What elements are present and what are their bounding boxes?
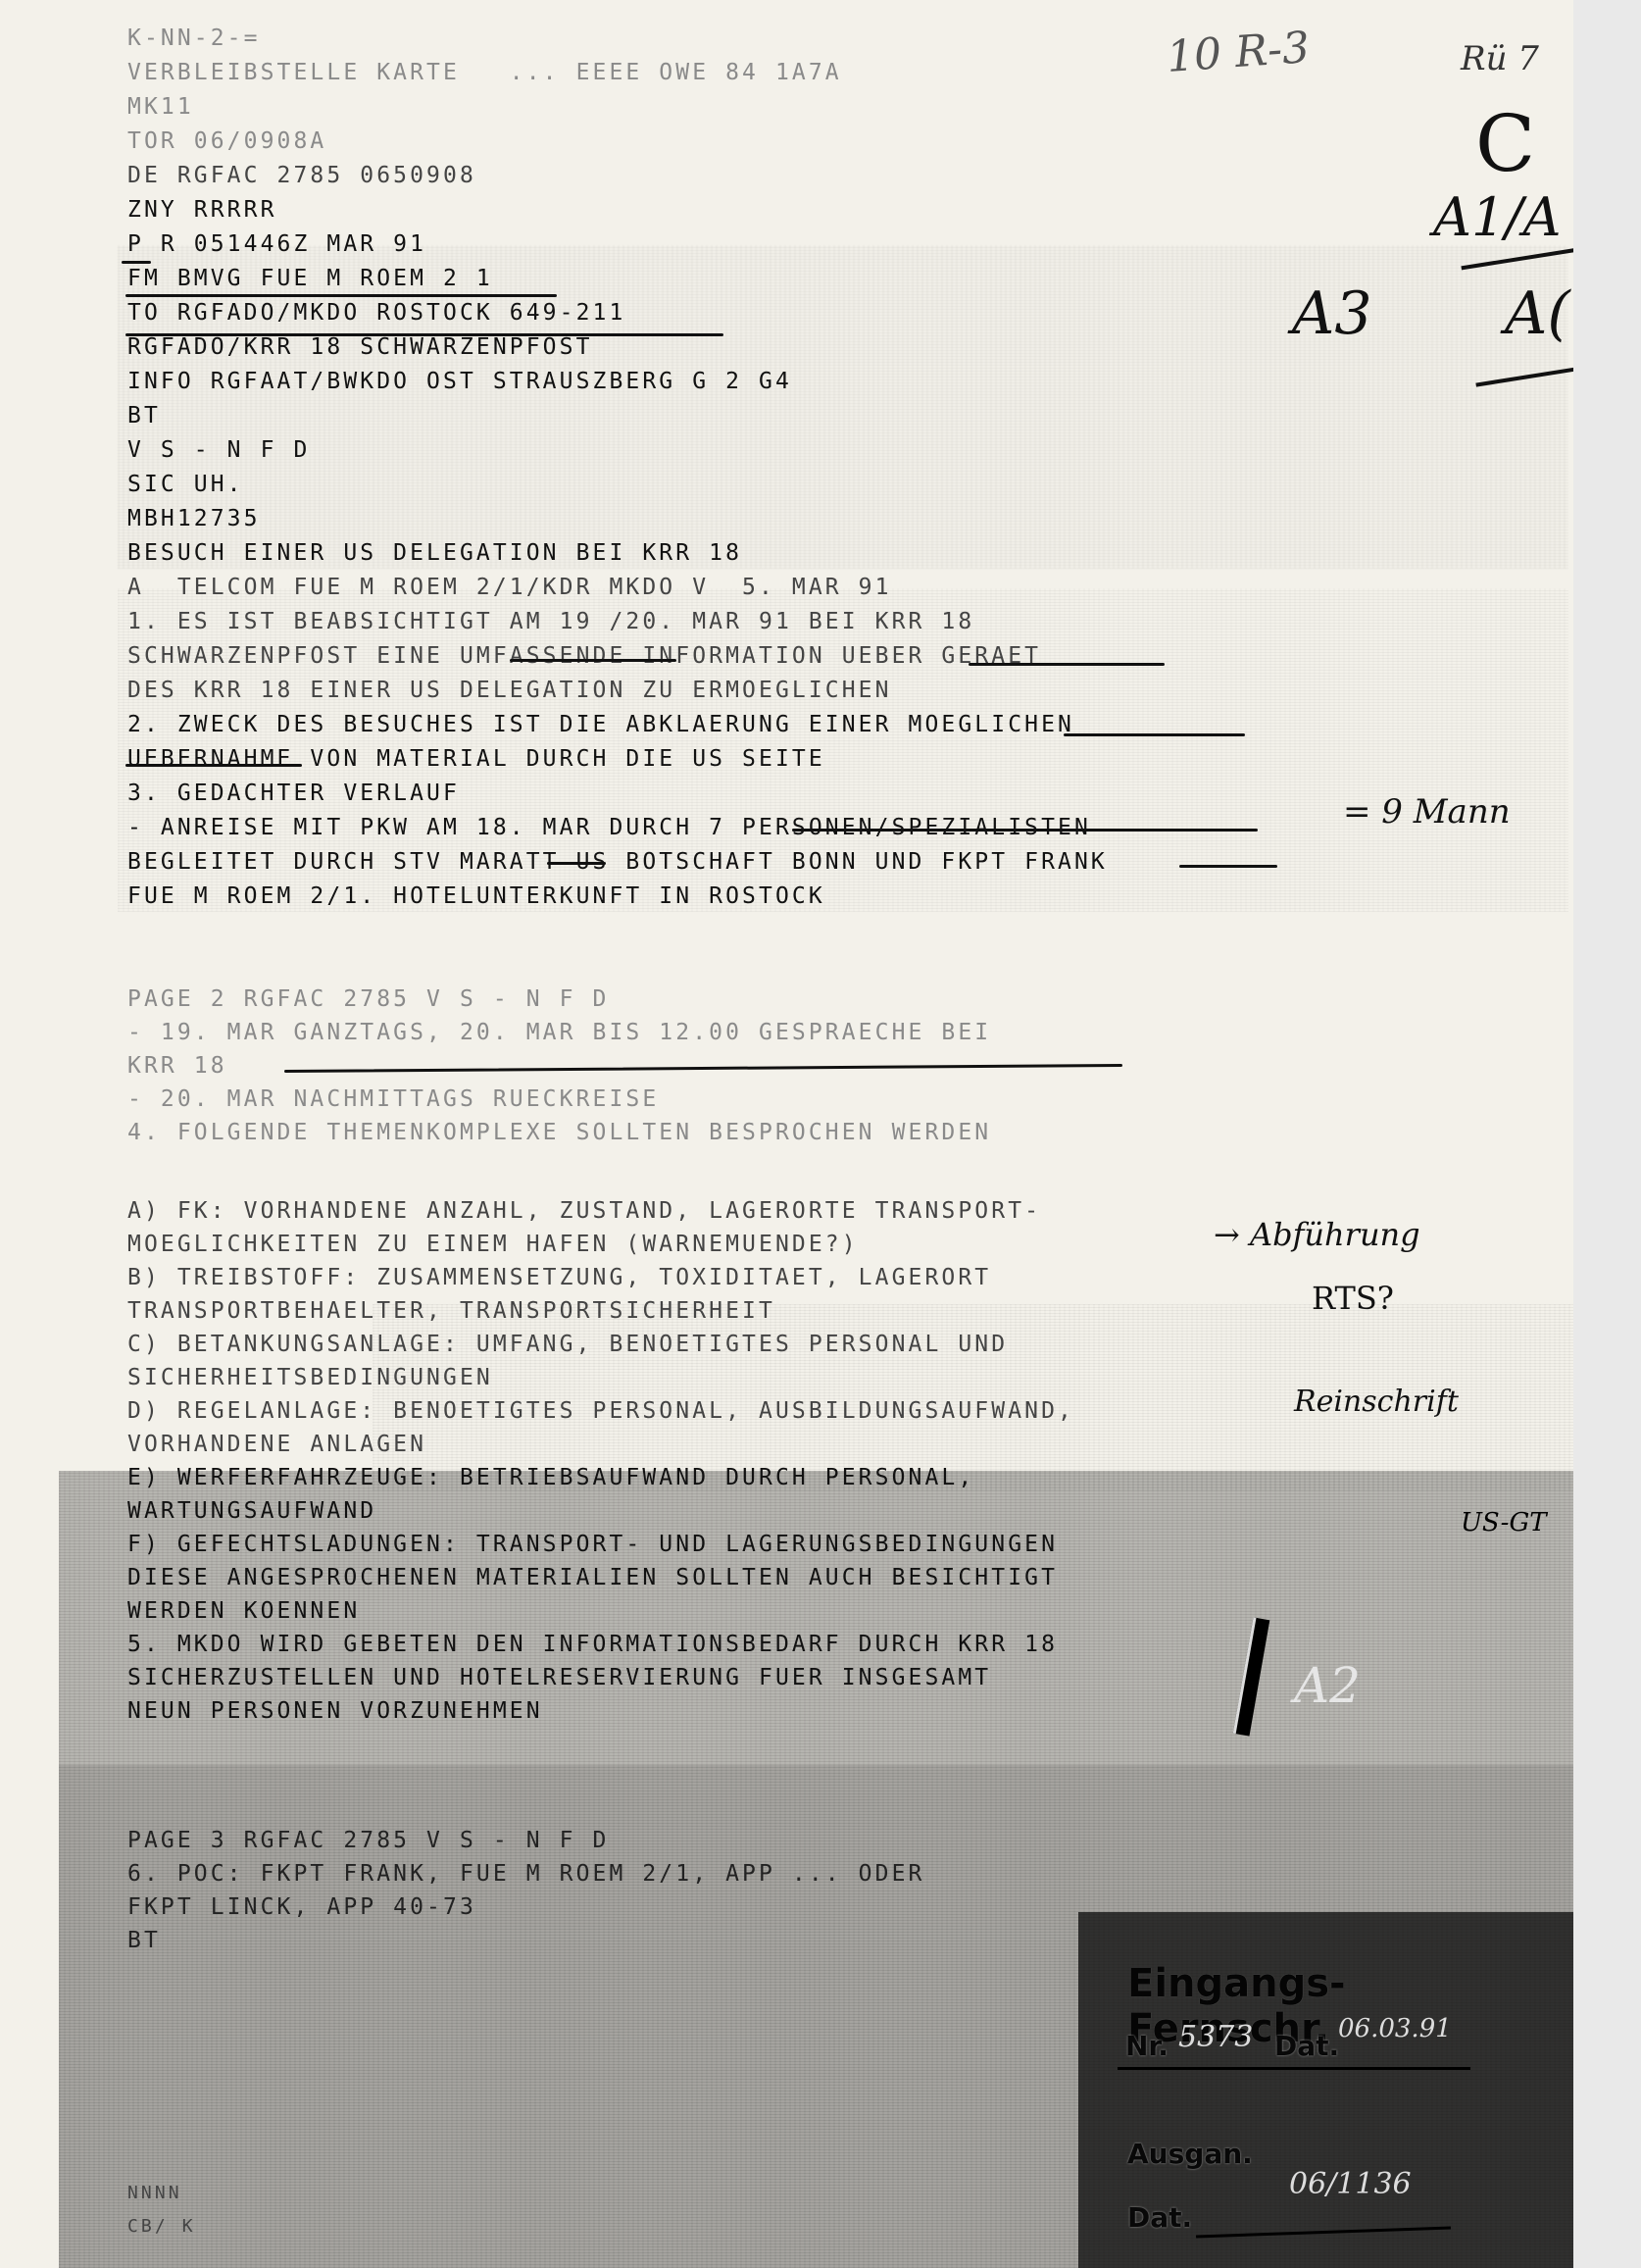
telex-footer: NNNNCB/ K	[127, 2177, 196, 2243]
handwritten-strike	[1461, 248, 1573, 271]
telex-line: 3. GEDACHTER VERLAUF	[127, 777, 1108, 811]
telex-line: V S - N F D	[127, 433, 1108, 468]
stamp-dat-label: Dat.	[1127, 2201, 1192, 2234]
telex-line: INFO RGFAAT/BWKDO OST STRAUSZBERG G 2 G4	[127, 365, 1108, 399]
telex-line: DES KRR 18 EINER US DELEGATION ZU ERMOEG…	[127, 674, 1108, 708]
telex-line: 1. ES IST BEABSICHTIGT AM 19 /20. MAR 91…	[127, 605, 1108, 639]
telex-page-3: PAGE 3 RGFAC 2785 V S - N F D6. POC: FKP…	[127, 1824, 924, 1957]
stamp-date-label: Dat.	[1274, 2030, 1339, 2062]
telex-line: NNNN	[127, 2177, 196, 2210]
handwritten-routing-a-partial: A(	[1505, 279, 1570, 348]
handwritten-note-reinschrift: Reinschrift	[1294, 1385, 1459, 1419]
telex-line: TRANSPORTBEHAELTER, TRANSPORTSICHERHEIT	[127, 1294, 1074, 1328]
handwritten-routing-a3: A3	[1292, 279, 1372, 348]
telex-line: A) FK: VORHANDENE ANZAHL, ZUSTAND, LAGER…	[127, 1194, 1074, 1228]
telex-line: BT	[127, 399, 1108, 433]
underline-mark	[1064, 733, 1245, 736]
telex-line: 2. ZWECK DES BESUCHES IST DIE ABKLAERUNG…	[127, 708, 1108, 742]
telex-line: FUE M ROEM 2/1. HOTELUNTERKUNFT IN ROSTO…	[127, 880, 1108, 914]
telex-line: VERBLEIBSTELLE KARTE ... EEEE OWE 84 1A7…	[127, 56, 1108, 90]
telex-line: BESUCH EINER US DELEGATION BEI KRR 18	[127, 536, 1108, 571]
stamp-rule	[1196, 2226, 1451, 2238]
underline-mark	[125, 764, 302, 767]
telex-line: 5. MKDO WIRD GEBETEN DEN INFORMATIONSBED…	[127, 1628, 1074, 1661]
telex-line: F) GEFECHTSLADUNGEN: TRANSPORT- UND LAGE…	[127, 1528, 1074, 1561]
telex-line: A TELCOM FUE M ROEM 2/1/KDR MKDO V 5. MA…	[127, 571, 1108, 605]
telex-line: - 19. MAR GANZTAGS, 20. MAR BIS 12.00 GE…	[127, 1016, 991, 1049]
telex-line: WARTUNGSAUFWAND	[127, 1494, 1074, 1528]
underline-mark	[125, 294, 557, 297]
underline-mark	[969, 663, 1165, 666]
stamp-dat-value: 06/1136	[1289, 2167, 1412, 2201]
telex-line: VORHANDENE ANLAGEN	[127, 1428, 1074, 1461]
receipt-stamp: Eingangs-Fernschr. Nr. 5373 Dat. 06.03.9…	[1118, 1951, 1529, 2245]
telex-line: CB/ K	[127, 2210, 196, 2243]
handwritten-strike	[1475, 366, 1573, 386]
telex-line: SICHERZUSTELLEN UND HOTELRESERVIERUNG FU…	[127, 1661, 1074, 1694]
underline-mark	[510, 659, 676, 662]
handwritten-note-rts: RTS?	[1312, 1280, 1394, 1317]
stamp-rule	[1118, 2067, 1470, 2070]
telex-line: BEGLEITET DURCH STV MARATT US BOTSCHAFT …	[127, 845, 1108, 880]
handwritten-routing-a2: A2	[1294, 1657, 1361, 1714]
telex-header-and-body: K-NN-2-=VERBLEIBSTELLE KARTE ... EEEE OW…	[127, 22, 1108, 914]
handwritten-routing-a1: A1/A	[1433, 186, 1562, 248]
telex-line: WERDEN KOENNEN	[127, 1594, 1074, 1628]
handwritten-c-mark: C	[1475, 98, 1535, 189]
telex-topics-list: A) FK: VORHANDENE ANZAHL, ZUSTAND, LAGER…	[127, 1194, 1074, 1728]
telex-line: DE RGFAC 2785 0650908	[127, 159, 1108, 193]
stamp-ausgang-label: Ausgan.	[1127, 2138, 1253, 2170]
telex-line: PAGE 3 RGFAC 2785 V S - N F D	[127, 1824, 924, 1857]
handwritten-margin-bar	[1233, 1617, 1270, 1736]
telex-line: TO RGFADO/MKDO ROSTOCK 649-211	[127, 296, 1108, 330]
telex-line: C) BETANKUNGSANLAGE: UMFANG, BENOETIGTES…	[127, 1328, 1074, 1361]
telex-line: SIC UH.	[127, 468, 1108, 502]
telex-line: UEBERNAHME VON MATERIAL DURCH DIE US SEI…	[127, 742, 1108, 777]
telex-line: NEUN PERSONEN VORZUNEHMEN	[127, 1694, 1074, 1728]
stamp-date-value: 06.03.91	[1338, 2014, 1452, 2043]
handwritten-initials: Rü 7	[1461, 39, 1539, 78]
telex-line: MBH12735	[127, 502, 1108, 536]
telex-line: E) WERFERFAHRZEUGE: BETRIEBSAUFWAND DURC…	[127, 1461, 1074, 1494]
telex-line: SICHERHEITSBEDINGUNGEN	[127, 1361, 1074, 1394]
telex-line: - 20. MAR NACHMITTAGS RUECKREISE	[127, 1083, 991, 1116]
telex-line: B) TREIBSTOFF: ZUSAMMENSETZUNG, TOXIDITA…	[127, 1261, 1074, 1294]
telex-line: K-NN-2-=	[127, 22, 1108, 56]
telex-line: 6. POC: FKPT FRANK, FUE M ROEM 2/1, APP …	[127, 1857, 924, 1890]
telex-line: P R 051446Z MAR 91	[127, 227, 1108, 262]
telex-line: TOR 06/0908A	[127, 125, 1108, 159]
telex-line: PAGE 2 RGFAC 2785 V S - N F D	[127, 983, 991, 1016]
underline-mark	[1179, 865, 1277, 868]
underline-mark	[122, 261, 151, 264]
telex-line: MK11	[127, 90, 1108, 125]
telex-line: FM BMVG FUE M ROEM 2 1	[127, 262, 1108, 296]
telex-line: ZNY RRRRR	[127, 193, 1108, 227]
telex-line: D) REGELANLAGE: BENOETIGTES PERSONAL, AU…	[127, 1394, 1074, 1428]
telex-line: BT	[127, 1924, 924, 1957]
stamp-nr-value: 5373	[1178, 2020, 1253, 2054]
underline-mark	[125, 333, 723, 336]
telex-line: FKPT LINCK, APP 40-73	[127, 1890, 924, 1924]
handwritten-note-abfuehrung: → Abführung	[1214, 1216, 1420, 1253]
handwritten-note-us-gt: US-GT	[1461, 1508, 1547, 1537]
telex-line: MOEGLICHKEITEN ZU EINEM HAFEN (WARNEMUEN…	[127, 1228, 1074, 1261]
handwritten-reference: 10 R-3	[1165, 23, 1311, 82]
handwritten-note-9-mann: = 9 Mann	[1343, 792, 1511, 832]
underline-mark	[792, 829, 1258, 832]
scanned-telex-page: K-NN-2-=VERBLEIBSTELLE KARTE ... EEEE OW…	[0, 0, 1573, 2268]
telex-line: 4. FOLGENDE THEMENKOMPLEXE SOLLTEN BESPR…	[127, 1116, 991, 1149]
underline-mark	[547, 862, 606, 865]
telex-line: SCHWARZENPFOST EINE UMFASSENDE INFORMATI…	[127, 639, 1108, 674]
telex-line: DIESE ANGESPROCHENEN MATERIALIEN SOLLTEN…	[127, 1561, 1074, 1594]
stamp-nr-label: Nr.	[1125, 2030, 1169, 2062]
